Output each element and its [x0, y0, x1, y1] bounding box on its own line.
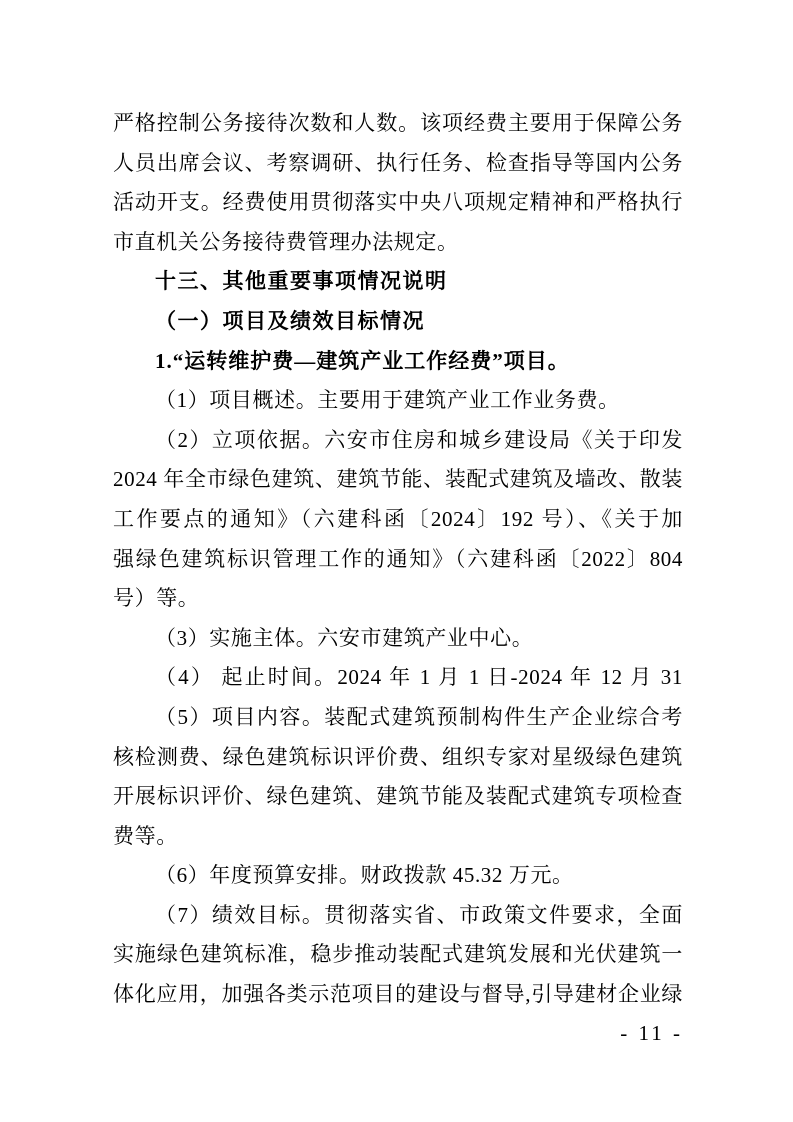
text-line: 活动开支。经费使用贯彻落实中央八项规定精神和严格执行: [113, 183, 683, 223]
text-line: 核检测费、绿色建筑标识评价费、组织专家对星级绿色建筑: [113, 738, 683, 778]
text-line: （3）实施主体。六安市建筑产业中心。: [113, 619, 683, 659]
text-line: （5）项目内容。装配式建筑预制构件生产企业综合考: [113, 698, 683, 738]
text-line: 工作要点的通知》（六建科函〔2024〕192 号）、《关于加: [113, 500, 683, 540]
text-line: 费等。: [113, 817, 683, 857]
text-line: （4） 起止时间。2024 年 1 月 1 日-2024 年 12 月 31 日…: [113, 658, 683, 698]
text-line: （1）项目概述。主要用于建筑产业工作业务费。: [113, 381, 683, 421]
text-line: 严格控制公务接待次数和人数。该项经费主要用于保障公务: [113, 104, 683, 144]
page-number: - 11 -: [620, 1014, 683, 1054]
document-body: 严格控制公务接待次数和人数。该项经费主要用于保障公务 人员出席会议、考察调研、执…: [113, 104, 683, 1015]
document-page: 严格控制公务接待次数和人数。该项经费主要用于保障公务 人员出席会议、考察调研、执…: [0, 0, 793, 1122]
text-line: 2024 年全市绿色建筑、建筑节能、装配式建筑及墙改、散装: [113, 460, 683, 500]
project-1-heading: 1.“运转维护费—建筑产业工作经费”项目。: [113, 342, 683, 382]
subsection-heading-1: （一）项目及绩效目标情况: [113, 302, 683, 342]
text-line: （6）年度预算安排。财政拨款 45.32 万元。: [113, 856, 683, 896]
text-line: 体化应用，加强各类示范项目的建设与督导,引导建材企业绿: [113, 975, 683, 1015]
text-line: 开展标识评价、绿色建筑、建筑节能及装配式建筑专项检查: [113, 777, 683, 817]
text-line: 实施绿色建筑标准，稳步推动装配式建筑发展和光伏建筑一: [113, 935, 683, 975]
text-line: 号）等。: [113, 579, 683, 619]
text-line: （2）立项依据。六安市住房和城乡建设局《关于印发: [113, 421, 683, 461]
section-heading-13: 十三、其他重要事项情况说明: [113, 262, 683, 302]
text-line: 市直机关公务接待费管理办法规定。: [113, 223, 683, 263]
text-line: （7）绩效目标。贯彻落实省、市政策文件要求，全面: [113, 896, 683, 936]
text-line: 强绿色建筑标识管理工作的通知》（六建科函〔2022〕804: [113, 540, 683, 580]
text-line: 人员出席会议、考察调研、执行任务、检查指导等国内公务: [113, 144, 683, 184]
